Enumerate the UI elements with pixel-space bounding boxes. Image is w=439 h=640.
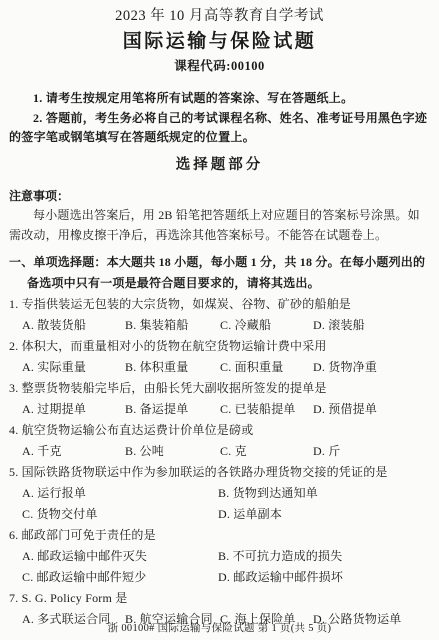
question-4-option-b: B. 公吨	[125, 441, 220, 462]
question-2-options: A. 实际重量 B. 体积重量 C. 面积重量 D. 货物净重	[22, 357, 430, 378]
question-5-stem: 5. 国际铁路货物联运中作为参加联运的各铁路办理货物交接的凭证的是	[9, 462, 430, 483]
question-1-option-d: D. 滚装船	[313, 315, 430, 336]
question-3-options: A. 过期提单 B. 备运提单 C. 已装船提单 D. 预借提单	[22, 399, 430, 420]
question-3: 3. 整票货物装船完毕后，由船长凭大副收据所签发的提单是 A. 过期提单 B. …	[9, 378, 430, 420]
instruction-2: 2. 答题前，考生务必将自己的考试课程名称、姓名、准考证号用黑色字迹的签字笔或钢…	[9, 109, 430, 148]
question-1: 1. 专指供装运无包装的大宗货物，如煤炭、谷物、矿砂的船舶是 A. 散装货船 B…	[9, 294, 430, 336]
question-5: 5. 国际铁路货物联运中作为参加联运的各铁路办理货物交接的凭证的是 A. 运行报…	[9, 462, 430, 525]
question-4-option-c: C. 克	[220, 441, 313, 462]
question-3-option-c: C. 已装船提单	[220, 399, 313, 420]
notice-text: 每小题选出答案后，用 2B 铅笔把答题纸上对应题目的答案标号涂黑。如需改动，用橡…	[9, 205, 430, 246]
question-2-option-c: C. 面积重量	[220, 357, 313, 378]
exam-paper-page: 2023 年 10 月高等教育自学考试 国际运输与保险试题 课程代码:00100…	[0, 0, 439, 640]
question-7-stem: 7. S. G. Policy Form 是	[9, 588, 430, 609]
question-4-option-a: A. 千克	[22, 441, 125, 462]
question-5-option-d: D. 运单副本	[218, 504, 430, 525]
question-1-option-c: C. 冷藏船	[220, 315, 313, 336]
question-2-stem: 2. 体积大，而重量相对小的货物在航空货物运输计费中采用	[9, 336, 430, 357]
question-5-options: A. 运行报单 B. 货物到达通知单 C. 货物交付单 D. 运单副本	[22, 483, 430, 525]
question-3-option-a: A. 过期提单	[22, 399, 125, 420]
question-2-option-a: A. 实际重量	[22, 357, 125, 378]
question-2: 2. 体积大，而重量相对小的货物在航空货物运输计费中采用 A. 实际重量 B. …	[9, 336, 430, 378]
question-5-option-b: B. 货物到达通知单	[218, 483, 430, 504]
question-2-option-b: B. 体积重量	[125, 357, 220, 378]
question-4-stem: 4. 航空货物运输公布直达运费计价单位是磅或	[9, 420, 430, 441]
question-1-stem: 1. 专指供装运无包装的大宗货物，如煤炭、谷物、矿砂的船舶是	[9, 294, 430, 315]
question-4-options: A. 千克 B. 公吨 C. 克 D. 斤	[22, 441, 430, 462]
question-4-option-d: D. 斤	[313, 441, 430, 462]
course-code: 课程代码:00100	[9, 59, 430, 73]
instruction-1: 1. 请考生按规定用笔将所有试题的答案涂、写在答题纸上。	[9, 89, 430, 109]
question-3-option-b: B. 备运提单	[125, 399, 220, 420]
question-2-option-d: D. 货物净重	[313, 357, 430, 378]
question-6-option-a: A. 邮政运输中邮件灭失	[22, 546, 218, 567]
part-one-heading: 一、单项选择题：本大题共 18 小题，每小题 1 分，共 18 分。在每小题列出…	[9, 252, 430, 294]
question-3-option-d: D. 预借提单	[313, 399, 430, 420]
question-3-stem: 3. 整票货物装船完毕后，由船长凭大副收据所签发的提单是	[9, 378, 430, 399]
page-title: 国际运输与保险试题	[9, 31, 430, 53]
question-5-option-c: C. 货物交付单	[22, 504, 218, 525]
question-6-option-d: D. 邮政运输中邮件损坏	[218, 567, 430, 588]
question-1-option-a: A. 散装货船	[22, 315, 125, 336]
question-6-option-c: C. 邮政运输中邮件短少	[22, 567, 218, 588]
section-heading: 选择题部分	[9, 156, 430, 174]
page-footer: 浙 00100# 国际运输与保险试题 第 1 页(共 5 页)	[0, 622, 439, 635]
question-6-options: A. 邮政运输中邮件灭失 B. 不可抗力造成的损失 C. 邮政运输中邮件短少 D…	[22, 546, 430, 588]
question-6: 6. 邮政部门可免于责任的是 A. 邮政运输中邮件灭失 B. 不可抗力造成的损失…	[9, 525, 430, 588]
question-1-options: A. 散装货船 B. 集装箱船 C. 冷藏船 D. 滚装船	[22, 315, 430, 336]
question-list: 1. 专指供装运无包装的大宗货物，如煤炭、谷物、矿砂的船舶是 A. 散装货船 B…	[9, 294, 430, 630]
exam-session-title: 2023 年 10 月高等教育自学考试	[9, 8, 430, 25]
question-6-option-b: B. 不可抗力造成的损失	[218, 546, 430, 567]
question-5-option-a: A. 运行报单	[22, 483, 218, 504]
notice-label: 注意事项：	[9, 187, 430, 205]
question-1-option-b: B. 集装箱船	[125, 315, 220, 336]
general-instructions: 1. 请考生按规定用笔将所有试题的答案涂、写在答题纸上。 2. 答题前，考生务必…	[9, 89, 430, 148]
question-4: 4. 航空货物运输公布直达运费计价单位是磅或 A. 千克 B. 公吨 C. 克 …	[9, 420, 430, 462]
question-6-stem: 6. 邮政部门可免于责任的是	[9, 525, 430, 546]
